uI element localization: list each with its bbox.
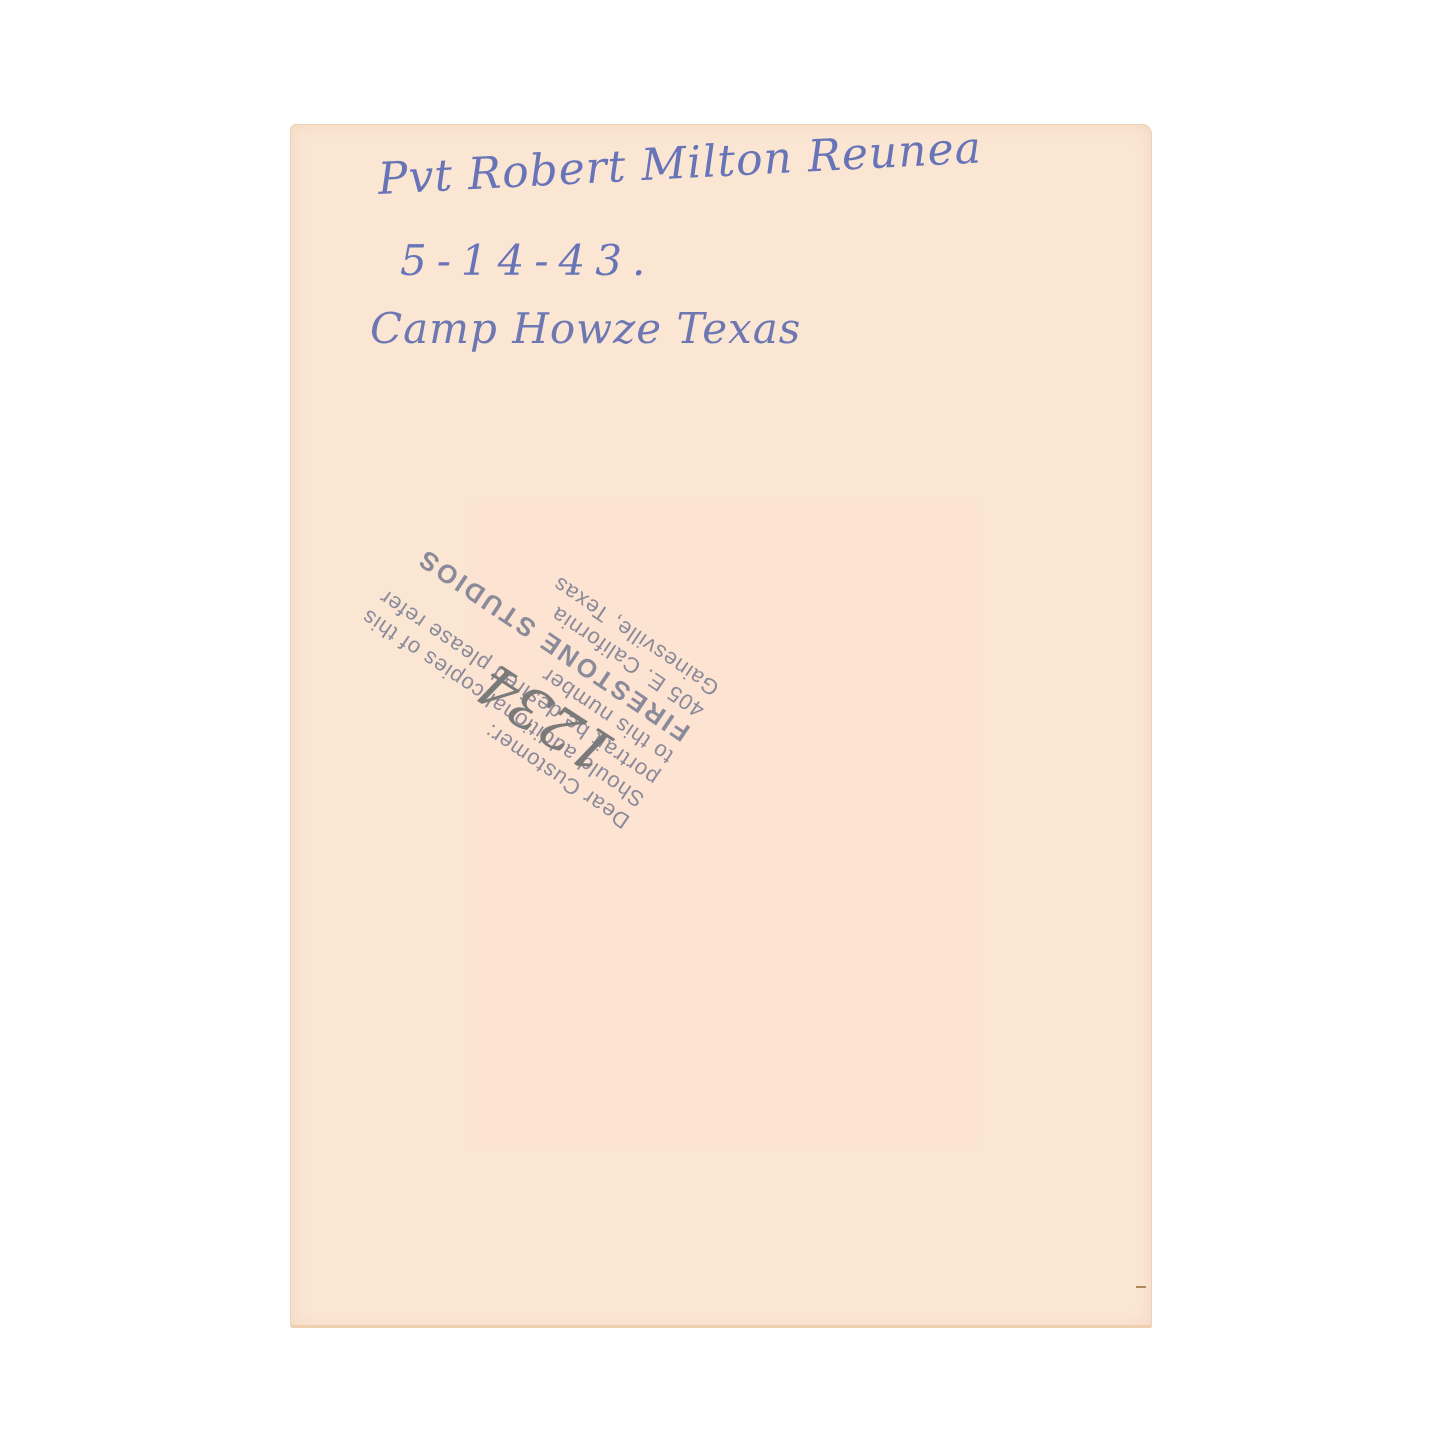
card-bottom-edge — [290, 1325, 1152, 1328]
handwritten-place: Camp Howze Texas — [370, 304, 801, 353]
handwritten-name: Pvt Robert Milton Reunea — [377, 122, 983, 205]
handwritten-date: 5-14-43. — [400, 236, 655, 285]
photo-card-back: Pvt Robert Milton Reunea 5-14-43. Camp H… — [290, 124, 1152, 1328]
edge-mark — [1136, 1286, 1146, 1288]
